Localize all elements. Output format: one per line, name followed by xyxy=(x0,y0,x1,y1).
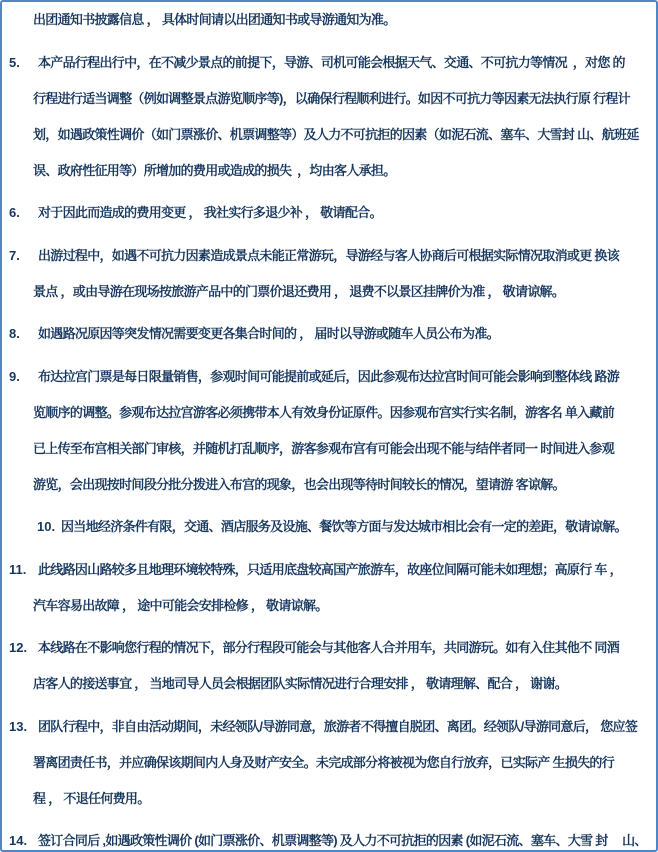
text-line: 署离团责任书，并应确保该期间内人身及财产安全。未完成部分将被视为您自行放弃，已实… xyxy=(33,745,656,781)
term-item-14: 14. 签订合同后 ,如遇政策性调价 (如门票涨价、机票调整等) 及人力不可抗拒… xyxy=(2,823,656,852)
text-line: 览顺序的调整。参观布达拉宫游客必须携带本人有效身份证原件。因参观布宫实行实名制，… xyxy=(33,395,656,431)
term-item-8: 8. 如遇路况原因等突发情况需要变更各集合时间的 ， 届时以导游或随车人员公布为… xyxy=(2,316,656,352)
term-item-7: 7. 出游过程中，如遇不可抗力因素造成景点未能正常游玩，导游经与客人协商后可根据… xyxy=(2,238,656,310)
text-line: 对于因此而造成的费用变更 ， 我社实行多退少补 ， 敬请配合。 xyxy=(33,195,656,231)
text-line: 出游过程中，如遇不可抗力因素造成景点未能正常游玩，导游经与客人协商后可根据实际情… xyxy=(33,238,656,274)
text-line: 程 ， 不退任何费用。 xyxy=(33,781,656,817)
term-item-9: 9. 布达拉宫门票是每日限量销售，参观时间可能提前或延后，因此参观布达拉宫时间可… xyxy=(2,359,656,503)
item-number: 13. xyxy=(9,709,27,745)
term-item-10: 10. 因当地经济条件有限，交通、酒店服务及设施、餐饮等方面与发达城市相比会有一… xyxy=(2,509,656,545)
text-line: 签订合同后 ,如遇政策性调价 (如门票涨价、机票调整等) 及人力不可抗拒的因素 … xyxy=(33,823,656,852)
item-number: 7. xyxy=(9,238,20,274)
text-line: 如遇路况原因等突发情况需要变更各集合时间的 ， 届时以导游或随车人员公布为准。 xyxy=(33,316,656,352)
item-number: 8. xyxy=(9,316,20,352)
text-line: 团队行程中，非自由活动期间，未经领队/导游同意，旅游者不得擅自脱团、离团。经领队… xyxy=(33,709,656,745)
text-line: 划，如遇政策性调价（如门票涨价、机票调整等）及人力不可抗拒的因素（如泥石流、塞车… xyxy=(33,117,656,153)
item-number: 6. xyxy=(9,195,20,231)
text-line: 汽车容易出故障 ， 途中可能会安排检修 ， 敬请谅解。 xyxy=(33,588,656,624)
text-line: 店客人的接送事宜 ， 当地司导人员会根据团队实际情况进行合理安排 ， 敬请理解、… xyxy=(33,666,656,702)
text-line: 布达拉宫门票是每日限量销售，参观时间可能提前或延后，因此参观布达拉宫时间可能会影… xyxy=(33,359,656,395)
item-number: 14. xyxy=(9,823,27,852)
term-item-11: 11. 此线路因山路较多且地理环境较特殊，只适用底盘较高国产旅游车，故座位间隔可… xyxy=(2,552,656,624)
item-number: 9. xyxy=(9,359,20,395)
text-line: 行程进行适当调整（例如调整景点游览顺序等)，以确保行程顺利进行。如因不可抗力等因… xyxy=(33,81,656,117)
term-item-13: 13. 团队行程中，非自由活动期间，未经领队/导游同意，旅游者不得擅自脱团、离团… xyxy=(2,709,656,817)
term-item-5: 5. 本产品行程出行中，在不减少景点的前提下，导游、司机可能会根据天气、交通、不… xyxy=(2,45,656,189)
term-item-6: 6. 对于因此而造成的费用变更 ， 我社实行多退少补 ， 敬请配合。 xyxy=(2,195,656,231)
text-line: 游览，会出现按时间段分批分拨进入布宫的现象，也会出现等待时间较长的情况，望请游 … xyxy=(33,467,656,503)
text-line: 此线路因山路较多且地理环境较特殊，只适用底盘较高国产旅游车，故座位间隔可能未如理… xyxy=(33,552,656,588)
terms-document-page: 出团通知书披露信息 ， 具体时间请以出团通知书或导游通知为准。 5. 本产品行程… xyxy=(0,0,658,852)
text-line: 景点 ，或由导游在现场按旅游产品中的门票价退还费用 ， 退费不以景区挂牌价为准 … xyxy=(33,274,656,310)
text-line: 本产品行程出行中，在不减少景点的前提下，导游、司机可能会根据天气、交通、不可抗力… xyxy=(33,45,656,81)
term-intro-continuation: 出团通知书披露信息 ， 具体时间请以出团通知书或导游通知为准。 xyxy=(2,2,656,38)
item-number: 11. xyxy=(9,552,26,588)
text-line: 误、政府性征用等）所增加的费用或造成的损失 ，均由客人承担。 xyxy=(33,153,656,189)
item-number: 12. xyxy=(9,630,27,666)
item-number: 10. xyxy=(37,509,55,545)
item-number: 5. xyxy=(9,45,20,81)
text-line: 本线路在不影响您行程的情况下，部分行程段可能会与其他客人合并用车，共同游玩。如有… xyxy=(33,630,656,666)
text-line: 出团通知书披露信息 ， 具体时间请以出团通知书或导游通知为准。 xyxy=(33,2,656,38)
text-line: 已上传至布宫相关部门审核，并随机打乱顺序，游客参观布宫有可能会出现不能与结伴者同… xyxy=(33,431,656,467)
term-item-12: 12. 本线路在不影响您行程的情况下，部分行程段可能会与其他客人合并用车，共同游… xyxy=(2,630,656,702)
text-line: 因当地经济条件有限，交通、酒店服务及设施、餐饮等方面与发达城市相比会有一定的差距… xyxy=(61,509,656,545)
